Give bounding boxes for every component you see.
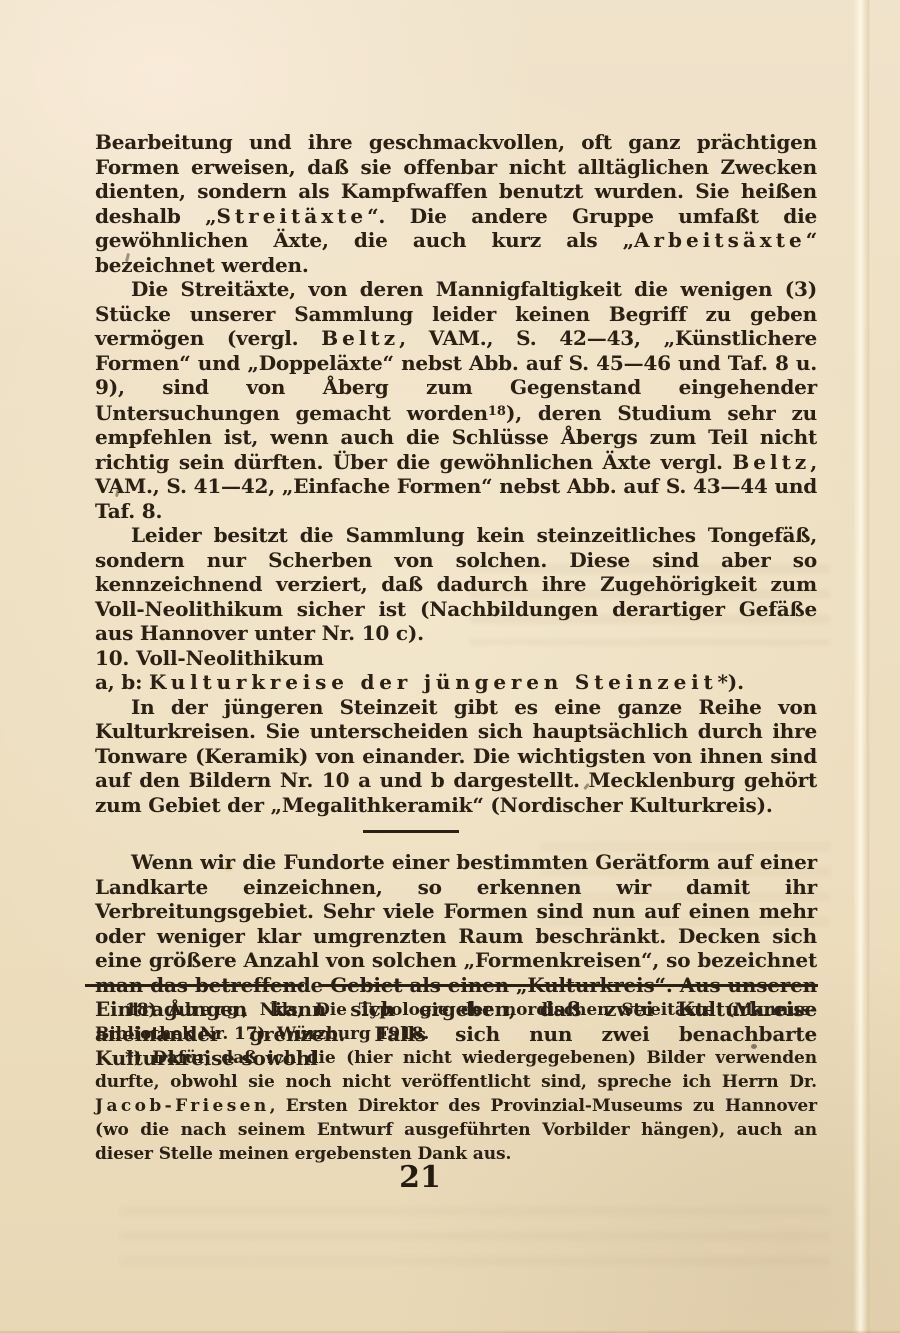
footnote-rule-segment xyxy=(319,984,818,987)
text-run: a, b: xyxy=(95,670,149,694)
letterspaced-text: Streitäxte xyxy=(216,204,367,228)
letterspaced-text: Beltz xyxy=(321,326,399,350)
text-run: *) Dafür, daß ich die (hier nicht wieder… xyxy=(95,1048,817,1092)
footnote: 18) Åberg, Nils, Die Typologie der nordi… xyxy=(95,998,817,1046)
footnote-reference: 18 xyxy=(488,404,506,419)
page-number: 21 xyxy=(0,1160,840,1195)
letterspaced-text: Jacob-Friesen xyxy=(95,1096,270,1116)
letterspaced-text: Beltz xyxy=(732,450,810,474)
footnote-area: 18) Åberg, Nils, Die Typologie der nordi… xyxy=(95,984,817,1166)
footnote-rule-segment xyxy=(85,984,304,987)
section-divider xyxy=(363,830,459,833)
page-edge-highlight xyxy=(853,0,870,1333)
body-text-block: Bearbeitung und ihre geschmackvollen, of… xyxy=(95,130,817,1071)
body-paragraph: Die Streitäxte, von deren Mannigfaltigke… xyxy=(95,277,817,523)
section-subheading: a, b: Kulturkreise der jüngeren Steinzei… xyxy=(95,670,817,695)
text-run: *). xyxy=(718,670,744,694)
text-run: 18) xyxy=(125,1000,168,1020)
letterspaced-text: Kulturkreise der jüngeren Steinzeit xyxy=(149,670,718,694)
text-run: Leider besitzt die Sammlung kein steinze… xyxy=(95,523,817,645)
text-run: In der jüngeren Steinzeit gibt es eine g… xyxy=(95,695,817,817)
body-paragraph: In der jüngeren Steinzeit gibt es eine g… xyxy=(95,695,817,818)
footnote-rule xyxy=(85,984,818,987)
body-paragraph: Bearbeitung und ihre geschmackvollen, of… xyxy=(95,130,817,277)
letterspaced-text: Åberg xyxy=(168,1000,242,1020)
scanned-book-page: Bearbeitung und ihre geschmackvollen, of… xyxy=(0,0,900,1333)
section-heading: 10. Voll-Neolithikum xyxy=(95,646,817,671)
body-paragraph: Leider besitzt die Sammlung kein steinze… xyxy=(95,523,817,646)
footnote: *) Dafür, daß ich die (hier nicht wieder… xyxy=(95,1046,817,1166)
letterspaced-text: Arbeitsäxte xyxy=(634,228,806,252)
ink-bleed-through xyxy=(120,1192,830,1277)
